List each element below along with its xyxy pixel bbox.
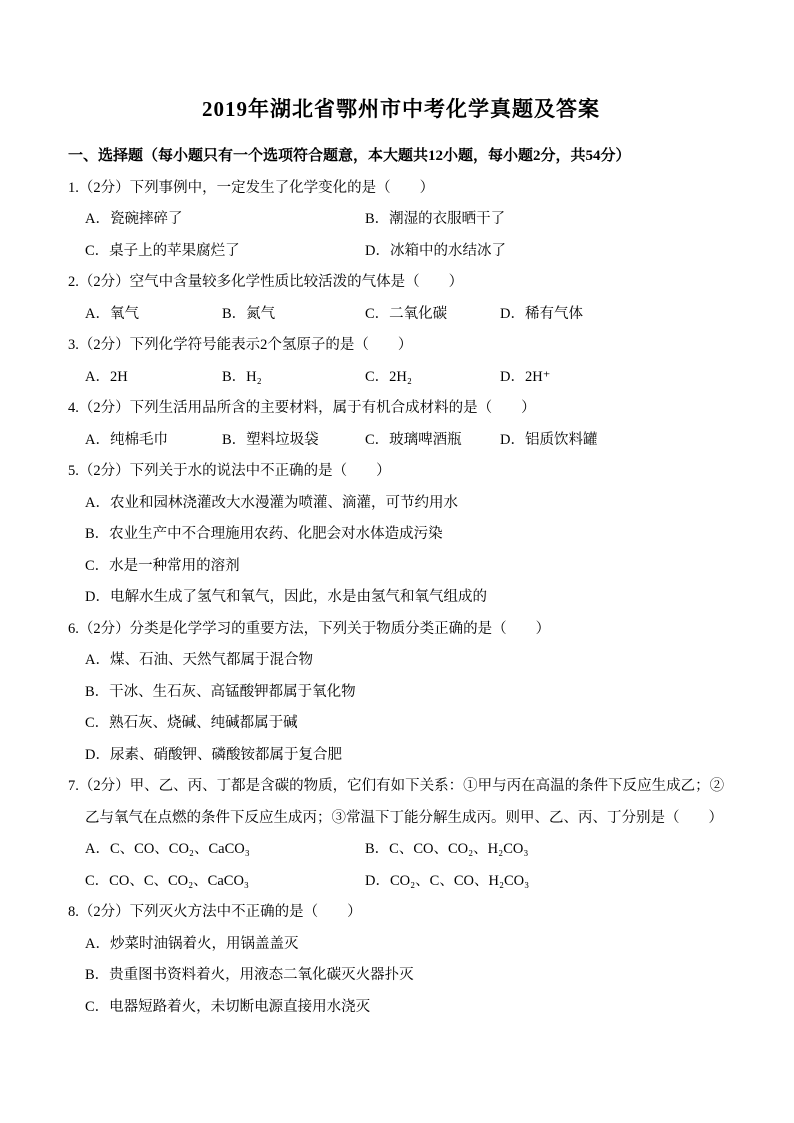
question-5: 5.（2分）下列关于水的说法中不正确的是（ ） A．农业和园林浇灌改大水漫灌为喷…	[68, 456, 734, 614]
option-b: B．H₂	[222, 362, 365, 394]
option-c: C．CO、C、CO₂、CaCO₃	[85, 866, 365, 898]
question-7: 7.（2分）甲、乙、丙、丁都是含碳的物质，它们有如下关系：①甲与丙在高温的条件下…	[68, 771, 734, 897]
question-2: 2.（2分）空气中含量较多化学性质比较活泼的气体是（ ） A．氧气 B．氮气 C…	[68, 267, 734, 330]
options-list: A．炒菜时油锅着火，用锅盖盖灭 B．贵重图书资料着火，用液态二氧化碳灭火器扑灭 …	[68, 929, 734, 1024]
options-grid: A．瓷碗摔碎了 B．潮湿的衣服晒干了 C．桌子上的苹果腐烂了 D．冰箱中的水结冰…	[68, 204, 734, 267]
question-stem: 4.（2分）下列生活用品所含的主要材料，属于有机合成材料的是（ ）	[68, 393, 734, 425]
option-c: C．水是一种常用的溶剂	[85, 551, 734, 583]
option-a: A．瓷碗摔碎了	[85, 204, 365, 236]
options-grid: A．C、CO、CO₂、CaCO₃ B．C、CO、CO₂、H₂CO₃ C．CO、C…	[68, 834, 734, 897]
question-8: 8.（2分）下列灭火方法中不正确的是（ ） A．炒菜时油锅着火，用锅盖盖灭 B．…	[68, 897, 734, 1023]
option-c: C．桌子上的苹果腐烂了	[85, 236, 365, 268]
question-stem: 5.（2分）下列关于水的说法中不正确的是（ ）	[68, 456, 734, 488]
option-d: D．稀有气体	[500, 299, 734, 331]
options-list: A．煤、石油、天然气都属于混合物 B．干冰、生石灰、高锰酸钾都属于氧化物 C．熟…	[68, 645, 734, 771]
options-grid: A．纯棉毛巾 B．塑料垃圾袋 C．玻璃啤酒瓶 D．铝质饮料罐	[68, 425, 734, 457]
section-header: 一、选择题（每小题只有一个选项符合题意，本大题共12小题，每小题2分，共54分）	[68, 141, 734, 173]
option-a: A．C、CO、CO₂、CaCO₃	[85, 834, 365, 866]
question-1: 1.（2分）下列事例中，一定发生了化学变化的是（ ） A．瓷碗摔碎了 B．潮湿的…	[68, 173, 734, 268]
option-b: B．塑料垃圾袋	[222, 425, 365, 457]
options-list: A．农业和园林浇灌改大水漫灌为喷灌、滴灌，可节约用水 B．农业生产中不合理施用农…	[68, 488, 734, 614]
option-b: B．C、CO、CO₂、H₂CO₃	[365, 834, 734, 866]
option-c: C．二氧化碳	[365, 299, 500, 331]
exam-page: 2019年湖北省鄂州市中考化学真题及答案 一、选择题（每小题只有一个选项符合题意…	[0, 0, 794, 1123]
question-stem: 6.（2分）分类是化学学习的重要方法，下列关于物质分类正确的是（ ）	[68, 614, 734, 646]
option-a: A．2H	[85, 362, 222, 394]
options-grid: A．2H B．H₂ C．2H₂ D．2H⁺	[68, 362, 734, 394]
option-c: C．电器短路着火，未切断电源直接用水浇灭	[85, 992, 734, 1024]
option-d: D．冰箱中的水结冰了	[365, 236, 734, 268]
question-stem: 3.（2分）下列化学符号能表示2个氢原子的是（ ）	[68, 330, 734, 362]
option-a: A．炒菜时油锅着火，用锅盖盖灭	[85, 929, 734, 961]
option-b: B．潮湿的衣服晒干了	[365, 204, 734, 236]
option-b: B．氮气	[222, 299, 365, 331]
option-b: B．农业生产中不合理施用农药、化肥会对水体造成污染	[85, 519, 734, 551]
option-d: D．铝质饮料罐	[500, 425, 734, 457]
option-c: C．玻璃啤酒瓶	[365, 425, 500, 457]
options-grid: A．氧气 B．氮气 C．二氧化碳 D．稀有气体	[68, 299, 734, 331]
option-d: D．电解水生成了氢气和氧气，因此，水是由氢气和氧气组成的	[85, 582, 734, 614]
option-d: D．2H⁺	[500, 362, 734, 394]
page-title: 2019年湖北省鄂州市中考化学真题及答案	[68, 93, 734, 126]
question-4: 4.（2分）下列生活用品所含的主要材料，属于有机合成材料的是（ ） A．纯棉毛巾…	[68, 393, 734, 456]
option-a: A．煤、石油、天然气都属于混合物	[85, 645, 734, 677]
question-stem-line2: 乙与氧气在点燃的条件下反应生成丙；③常温下丁能分解生成丙。则甲、乙、丙、丁分别是…	[68, 803, 734, 835]
question-3: 3.（2分）下列化学符号能表示2个氢原子的是（ ） A．2H B．H₂ C．2H…	[68, 330, 734, 393]
question-stem: 1.（2分）下列事例中，一定发生了化学变化的是（ ）	[68, 173, 734, 205]
question-stem: 8.（2分）下列灭火方法中不正确的是（ ）	[68, 897, 734, 929]
option-b: B．贵重图书资料着火，用液态二氧化碳灭火器扑灭	[85, 960, 734, 992]
question-stem: 2.（2分）空气中含量较多化学性质比较活泼的气体是（ ）	[68, 267, 734, 299]
option-d: D．尿素、硝酸钾、磷酸铵都属于复合肥	[85, 740, 734, 772]
question-stem-line1: 7.（2分）甲、乙、丙、丁都是含碳的物质，它们有如下关系：①甲与丙在高温的条件下…	[68, 771, 734, 803]
option-a: A．氧气	[85, 299, 222, 331]
option-b: B．干冰、生石灰、高锰酸钾都属于氧化物	[85, 677, 734, 709]
option-d: D．CO₂、C、CO、H₂CO₃	[365, 866, 734, 898]
option-a: A．纯棉毛巾	[85, 425, 222, 457]
option-c: C．熟石灰、烧碱、纯碱都属于碱	[85, 708, 734, 740]
option-a: A．农业和园林浇灌改大水漫灌为喷灌、滴灌，可节约用水	[85, 488, 734, 520]
option-c: C．2H₂	[365, 362, 500, 394]
question-6: 6.（2分）分类是化学学习的重要方法，下列关于物质分类正确的是（ ） A．煤、石…	[68, 614, 734, 772]
